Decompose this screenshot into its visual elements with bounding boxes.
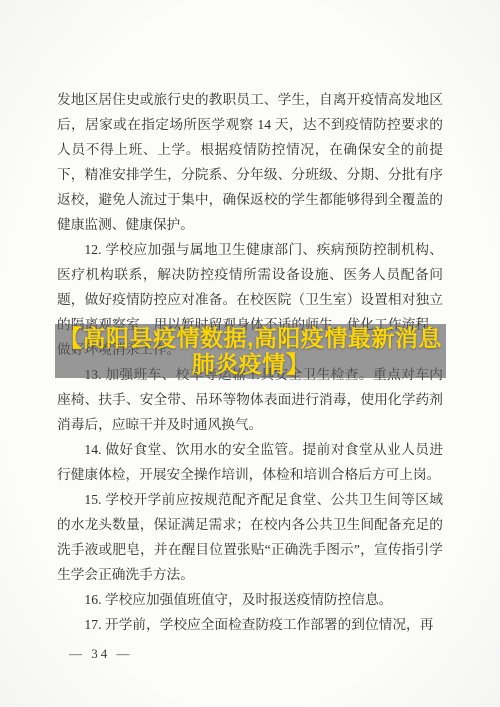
paragraph: 15. 学校开学前应按规范配齐配足食堂、公共卫生间等区域的水龙头数量，保证满足需…	[57, 487, 443, 587]
paragraph: 16. 学校应加强值班值守，及时报送疫情防控信息。	[57, 587, 443, 612]
paragraph: 14. 做好食堂、饮用水的安全监管。提前对食堂从业人员进行健康体检，开展安全操作…	[57, 437, 443, 487]
caption-overlay: 【高阳县疫情数据,高阳疫情最新消息 肺炎疫情】	[55, 324, 446, 378]
caption-line-2: 肺炎疫情】	[192, 351, 310, 377]
caption-line-1: 【高阳县疫情数据,高阳疫情最新消息	[59, 325, 442, 351]
page-number: — 34 —	[57, 641, 443, 666]
paragraph: 发地区居住史或旅行史的教职员工、学生，自离开疫情高发地区后，居家或在指定场所医学…	[57, 87, 443, 237]
paragraph: 17. 开学前，学校应全面检查防疫工作部署的到位情况，再	[57, 612, 443, 637]
page: 发地区居住史或旅行史的教职员工、学生，自离开疫情高发地区后，居家或在指定场所医学…	[0, 0, 500, 707]
